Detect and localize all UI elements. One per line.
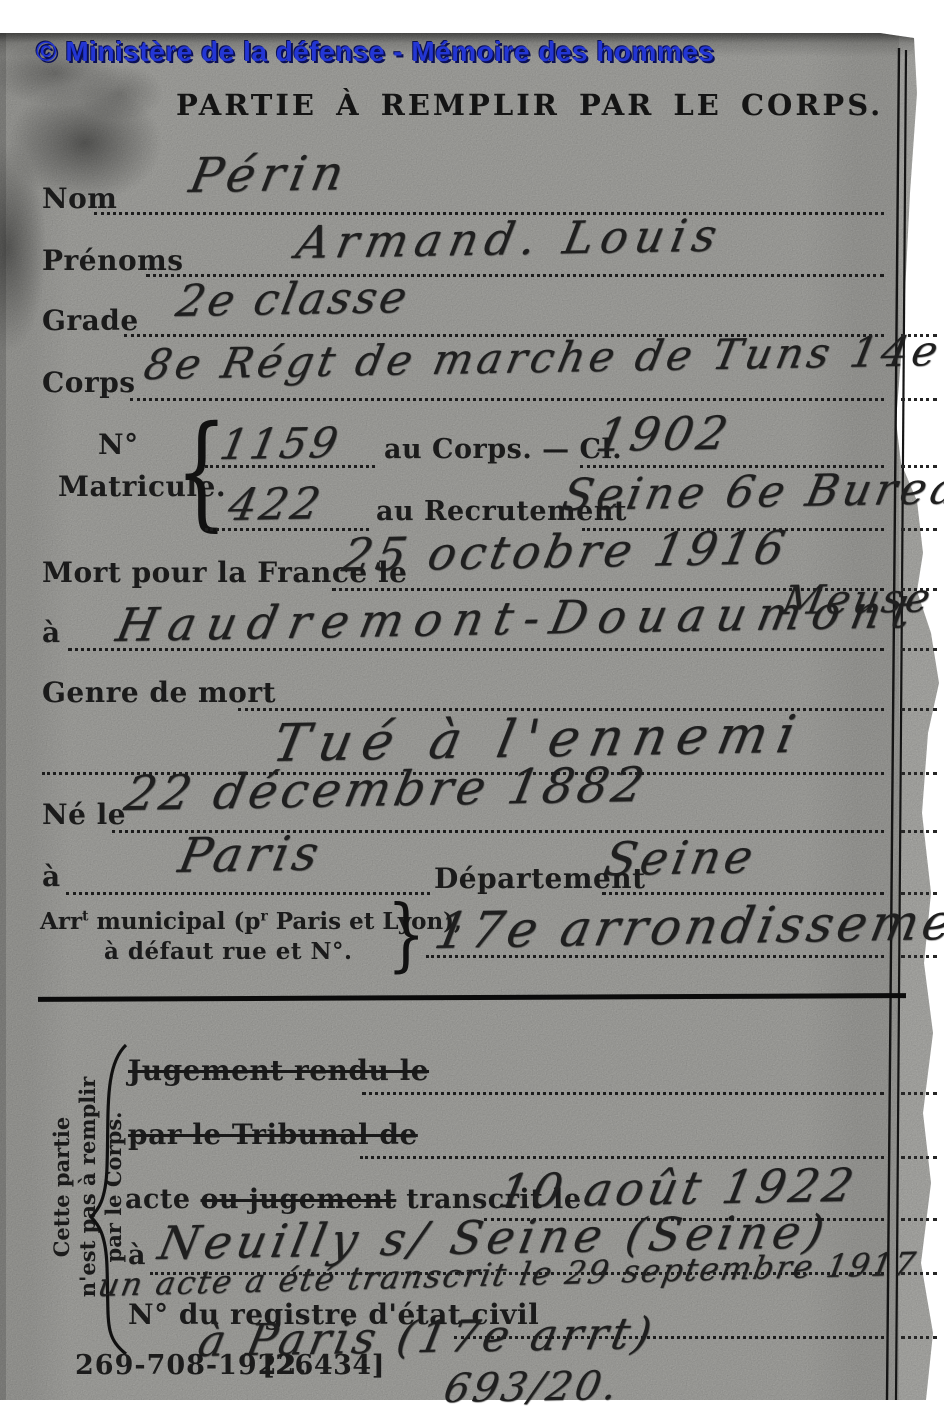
- value-nom: Périn: [185, 145, 354, 204]
- dotted-line-margin: [901, 528, 937, 531]
- label-ne-le: Né le: [42, 798, 126, 831]
- label-ne-a: à: [42, 860, 61, 893]
- dotted-line-margin: [901, 465, 937, 468]
- struck-text: ou jugement: [200, 1184, 396, 1215]
- dotted-line-margin: [901, 1336, 937, 1339]
- label-a-defaut-rue: à défaut rue et N°.: [104, 938, 353, 965]
- value-ne-le: 22 décembre 1882: [120, 757, 653, 822]
- label-grade: Grade: [42, 304, 139, 337]
- struck-text: par le Tribunal de: [128, 1118, 418, 1151]
- matricule-brace: {: [175, 409, 228, 533]
- label-numero: N°: [98, 428, 139, 461]
- watermark-text: © Ministère de la défense - Mémoire des …: [36, 36, 715, 68]
- label-arr-part: Paris et Lyon),: [268, 908, 462, 935]
- value-prenoms: Armand. Louis: [292, 209, 728, 269]
- dotted-line: [362, 1092, 884, 1095]
- dotted-line-margin: [901, 1156, 937, 1159]
- scanned-military-death-card: © Ministère de la défense - Mémoire des …: [0, 0, 944, 1417]
- dotted-line-margin: [901, 588, 937, 591]
- struck-text: Jugement rendu le: [128, 1054, 429, 1087]
- value-mort-dept-annotation: Meuse: [778, 575, 937, 624]
- value-departement: Seine: [600, 829, 761, 886]
- label-arr-part: Arr: [40, 908, 82, 935]
- label-nom: Nom: [42, 182, 117, 215]
- label-arr-sup: r: [260, 908, 267, 924]
- dotted-line: [130, 398, 884, 401]
- dotted-line-margin: [901, 398, 937, 401]
- dotted-line-margin: [901, 772, 937, 775]
- label-au-corps: au Corps. — Cl.: [384, 434, 622, 465]
- dotted-line-margin: [901, 955, 937, 958]
- dotted-line-margin: [901, 1092, 937, 1095]
- value-recrutement: Seine 6e Bureau: [558, 463, 944, 521]
- dotted-line-margin: [901, 708, 937, 711]
- label-jugement-rendu: Jugement rendu le: [128, 1054, 429, 1087]
- value-ne-a: Paris: [174, 826, 327, 884]
- dotted-line-margin: [901, 648, 937, 651]
- label-tribunal: par le Tribunal de: [128, 1118, 418, 1151]
- value-ref-number: 693/20.: [440, 1363, 624, 1412]
- label-prenoms: Prénoms: [42, 244, 184, 277]
- form-title: PARTIE À REMPLIR PAR LE CORPS.: [176, 88, 883, 122]
- label-genre-de-mort: Genre de mort: [42, 676, 276, 709]
- value-grade: 2e classe: [172, 272, 414, 327]
- dotted-line-margin: [901, 892, 937, 895]
- label-arr-part: municipal (p: [88, 908, 260, 935]
- value-mort-le: 25 octobre 1916: [338, 520, 793, 582]
- form-bracket-number: [26434]: [262, 1350, 385, 1381]
- value-matricule-recrutement: 422: [224, 478, 327, 531]
- value-matricule-corps: 1159: [216, 418, 345, 469]
- value-arrondissement: 17e arrondissement: [430, 892, 944, 960]
- label-part: acte: [125, 1184, 200, 1215]
- dotted-line-margin: [901, 334, 937, 337]
- dotted-line-margin: [901, 1218, 937, 1221]
- side-note-line: Cette partie: [49, 1037, 75, 1337]
- dotted-line-margin: [901, 1272, 937, 1275]
- value-classe: 1902: [592, 406, 736, 462]
- dotted-line: [66, 892, 430, 895]
- label-mort-a: à: [42, 616, 61, 649]
- dotted-line-margin: [901, 830, 937, 833]
- arr-brace: }: [387, 894, 426, 974]
- label-corps: Corps: [42, 366, 136, 399]
